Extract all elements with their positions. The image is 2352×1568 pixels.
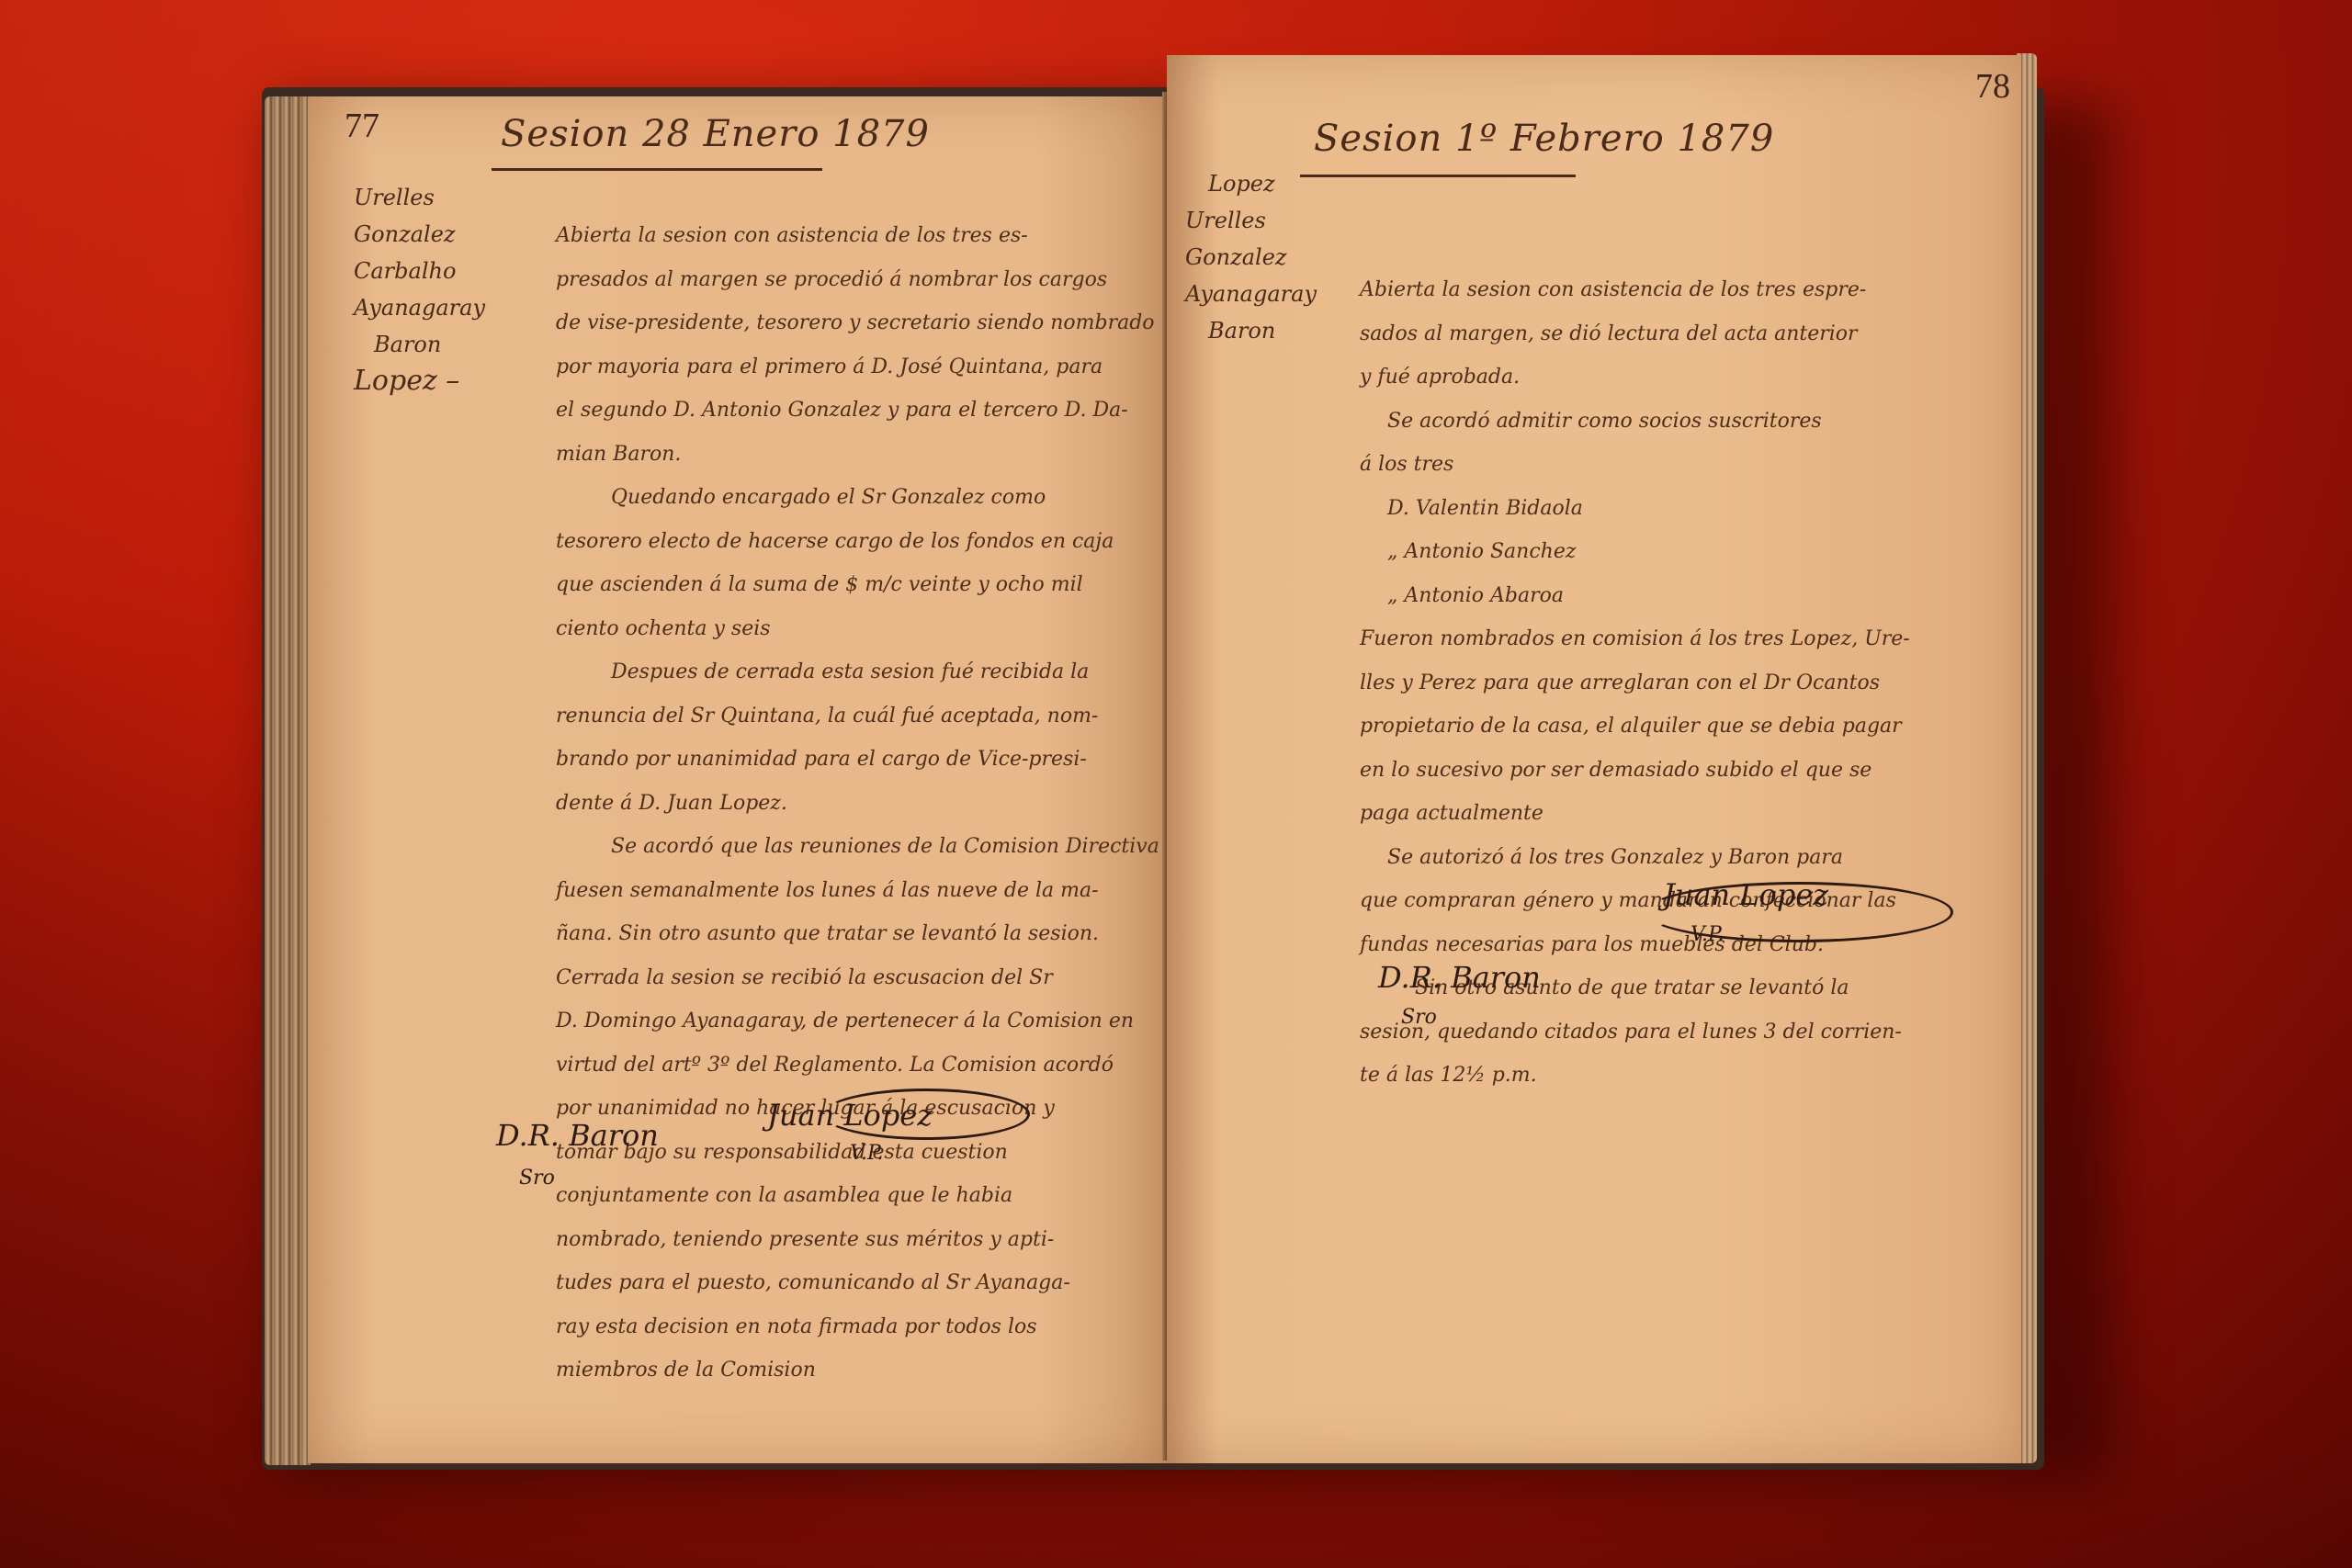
signature-flourish [822, 1089, 1030, 1140]
secretary-signature: D.R. Baron [496, 1118, 659, 1153]
title-underline [492, 168, 822, 171]
text-line: brando por unanimidad para el cargo de V… [556, 738, 1159, 782]
text-line: ciento ochenta y seis [556, 607, 1159, 651]
text-line: Abierta la sesion con asistencia de los … [1360, 268, 1910, 312]
right-page: 78 Sesion 1º Febrero 1879 Lopez Urelles … [1167, 55, 2021, 1463]
president-rubric: V.P. [1690, 923, 1724, 946]
text-line: miembros de la Comision [556, 1348, 1159, 1393]
text-line: tudes para el puesto, comunicando al Sr … [556, 1261, 1159, 1305]
president-rubric: V.P. [850, 1142, 883, 1165]
text-line: „ Antonio Sanchez [1360, 530, 1910, 574]
margin-attendees: Lopez Urelles Gonzalez Ayanagaray Baron [1185, 165, 1317, 349]
text-line: Abierta la sesion con asistencia de los … [556, 214, 1159, 258]
session-title: Sesion 28 Enero 1879 [501, 113, 930, 155]
session-title: Sesion 1º Febrero 1879 [1314, 118, 1774, 160]
text-line: fuesen semanalmente los lunes á las nuev… [556, 869, 1159, 913]
attendee: Urelles [354, 179, 485, 216]
text-line: sesion, quedando citados para el lunes 3… [1360, 1010, 1910, 1055]
margin-attendees: Urelles Gonzalez Carbalho Ayanagaray Bar… [354, 179, 485, 400]
text-line: „ Antonio Abaroa [1360, 574, 1910, 618]
attendee: Urelles [1185, 202, 1317, 239]
text-line: renuncia del Sr Quintana, la cuál fué ac… [556, 694, 1159, 739]
text-line: ñana. Sin otro asunto que tratar se leva… [556, 912, 1159, 956]
text-line: Fueron nombrados en comision á los tres … [1360, 617, 1910, 661]
text-line: te á las 12½ p.m. [1360, 1054, 1910, 1098]
text-line: D. Domingo Ayanagaray, de pertenecer á l… [556, 999, 1159, 1043]
text-line: Quedando encargado el Sr Gonzalez como [556, 476, 1159, 520]
secretary-signature: D.R. Baron [1378, 960, 1541, 995]
attendee: Lopez [1185, 165, 1317, 202]
text-line: presados al margen se procedió á nombrar… [556, 258, 1159, 302]
text-line: Cerrada la sesion se recibió la escusaci… [556, 956, 1159, 1000]
attendee: Baron [354, 326, 485, 363]
text-line: Se acordó que las reuniones de la Comisi… [556, 825, 1159, 869]
text-line: ray esta decision en nota firmada por to… [556, 1305, 1159, 1349]
text-line: en lo sucesivo por ser demasiado subido … [1360, 749, 1910, 793]
text-line: Se acordó admitir como socios suscritore… [1360, 400, 1910, 444]
attendee: Lopez – [354, 363, 485, 400]
secretary-title: Sro [519, 1167, 555, 1190]
page-number: 78 [1975, 66, 2010, 107]
text-line: que ascienden á la suma de $ m/c veinte … [556, 563, 1159, 607]
text-line: á los tres [1360, 443, 1910, 487]
text-line: lles y Perez para que arreglaran con el … [1360, 661, 1910, 705]
text-line: y fué aprobada. [1360, 355, 1910, 400]
text-line: el segundo D. Antonio Gonzalez y para el… [556, 389, 1159, 433]
attendee: Baron [1185, 312, 1317, 349]
minutes-body: Abierta la sesion con asistencia de los … [556, 214, 1159, 1393]
text-line: tesorero electo de hacerse cargo de los … [556, 520, 1159, 564]
secretary-title: Sro [1401, 1006, 1437, 1029]
left-page: 77 Sesion 28 Enero 1879 Urelles Gonzalez… [308, 96, 1167, 1463]
text-line: Despues de cerrada esta sesion fué recib… [556, 650, 1159, 694]
text-line: sados al margen, se dió lectura del acta… [1360, 312, 1910, 356]
text-line: Se autorizó á los tres Gonzalez y Baron … [1360, 836, 1910, 880]
attendee: Carbalho [354, 253, 485, 289]
attendee: Gonzalez [1185, 239, 1317, 276]
text-line: dente á D. Juan Lopez. [556, 782, 1159, 826]
left-page-edges [265, 96, 311, 1465]
attendee: Gonzalez [354, 216, 485, 253]
attendee: Ayanagaray [354, 289, 485, 326]
text-line: virtud del artº 3º del Reglamento. La Co… [556, 1043, 1159, 1088]
text-line: propietario de la casa, el alquiler que … [1360, 705, 1910, 749]
text-line: por mayoria para el primero á D. José Qu… [556, 345, 1159, 389]
text-line: D. Valentin Bidaola [1360, 487, 1910, 531]
title-underline [1300, 175, 1576, 177]
attendee: Ayanagaray [1185, 276, 1317, 312]
text-line: de vise-presidente, tesorero y secretari… [556, 301, 1159, 345]
text-line: conjuntamente con la asamblea que le hab… [556, 1174, 1159, 1218]
text-line: nombrado, teniendo presente sus méritos … [556, 1218, 1159, 1262]
text-line: mian Baron. [556, 433, 1159, 477]
page-number: 77 [345, 106, 379, 146]
text-line: paga actualmente [1360, 792, 1910, 836]
